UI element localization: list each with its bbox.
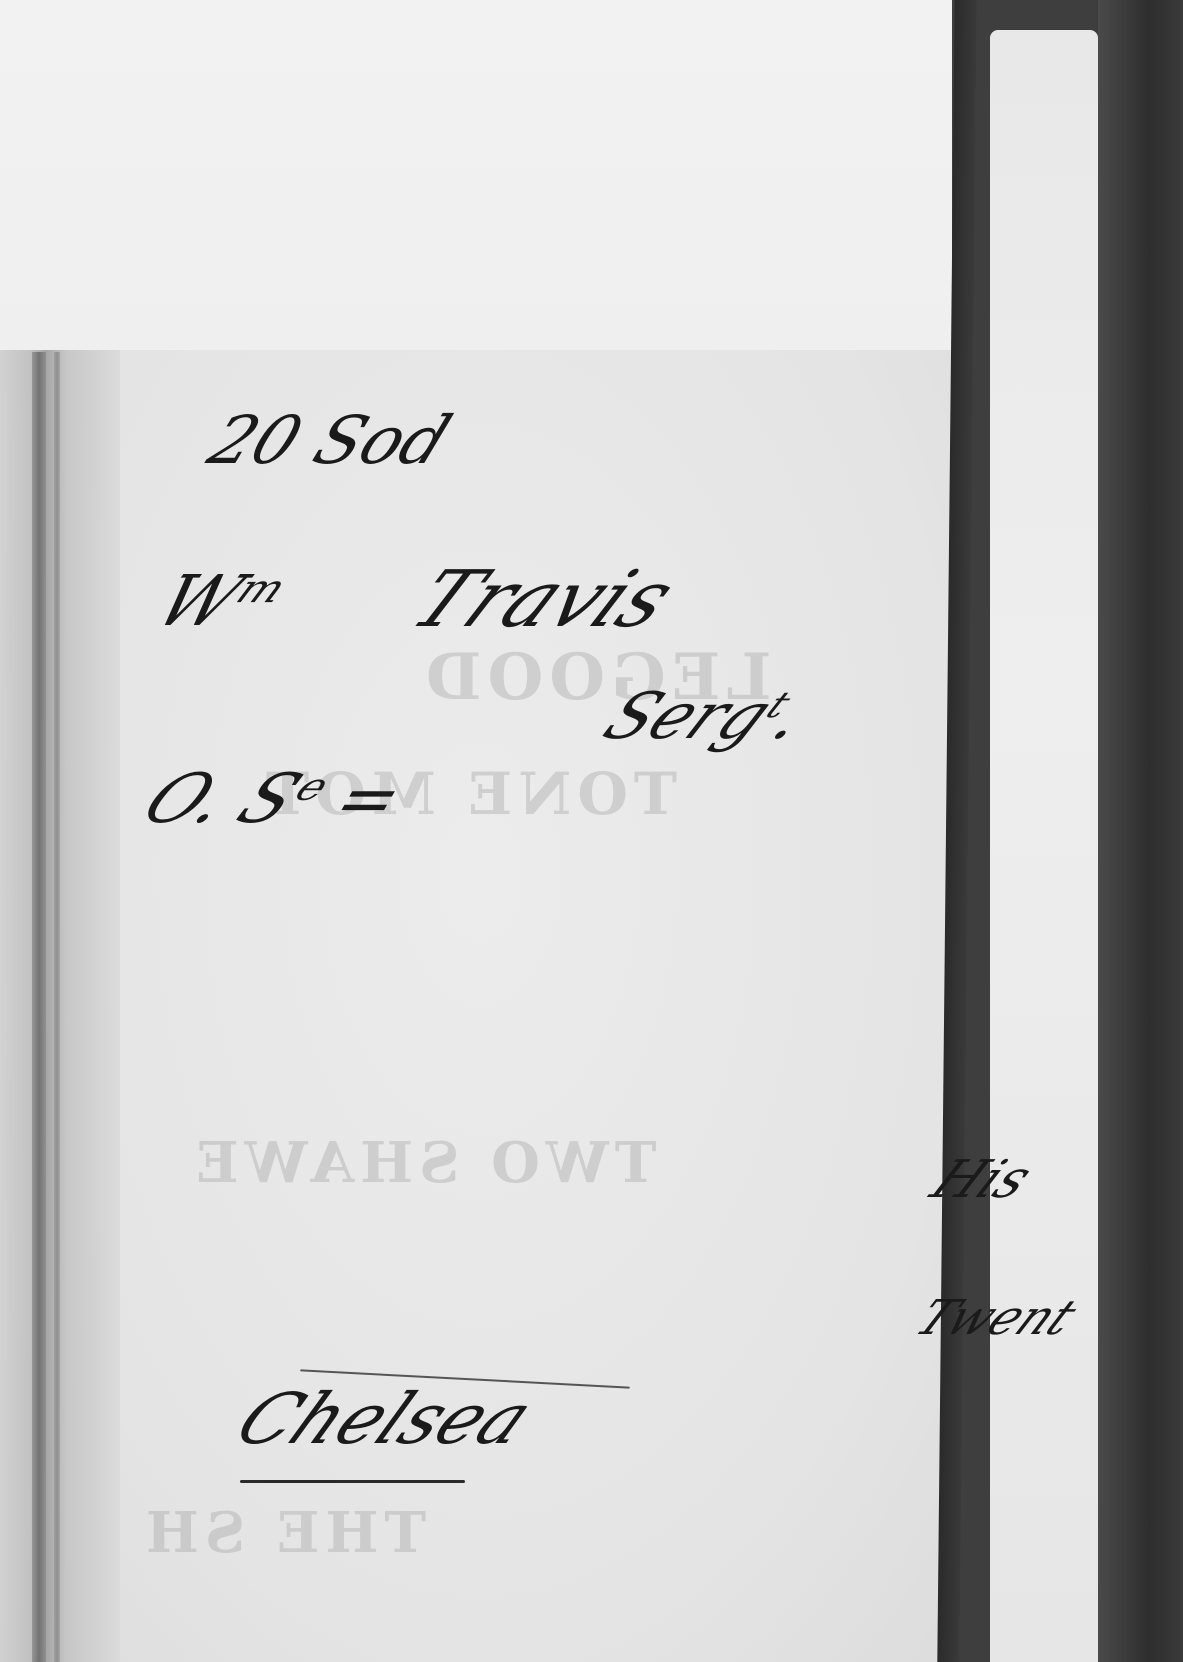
address-name: Travis (395, 555, 692, 645)
place-underline (240, 1480, 465, 1483)
show-through-print-3: TWO SHAWE (190, 1130, 656, 1196)
show-through-print-4: THE SH (140, 1500, 426, 1566)
fold-shadow (0, 350, 120, 1662)
address-line-1: 20 Sod (198, 402, 461, 479)
document-leaf (0, 350, 960, 1662)
adjacent-page-strip (990, 30, 1098, 1662)
fold-crease-secondary (54, 352, 60, 1662)
outer-binding (1098, 0, 1183, 1662)
address-place: Chelsea (222, 1378, 547, 1460)
top-sheet (0, 0, 960, 350)
address-line-4: O. Sᵉ = (128, 760, 420, 839)
fold-crease (32, 352, 46, 1662)
